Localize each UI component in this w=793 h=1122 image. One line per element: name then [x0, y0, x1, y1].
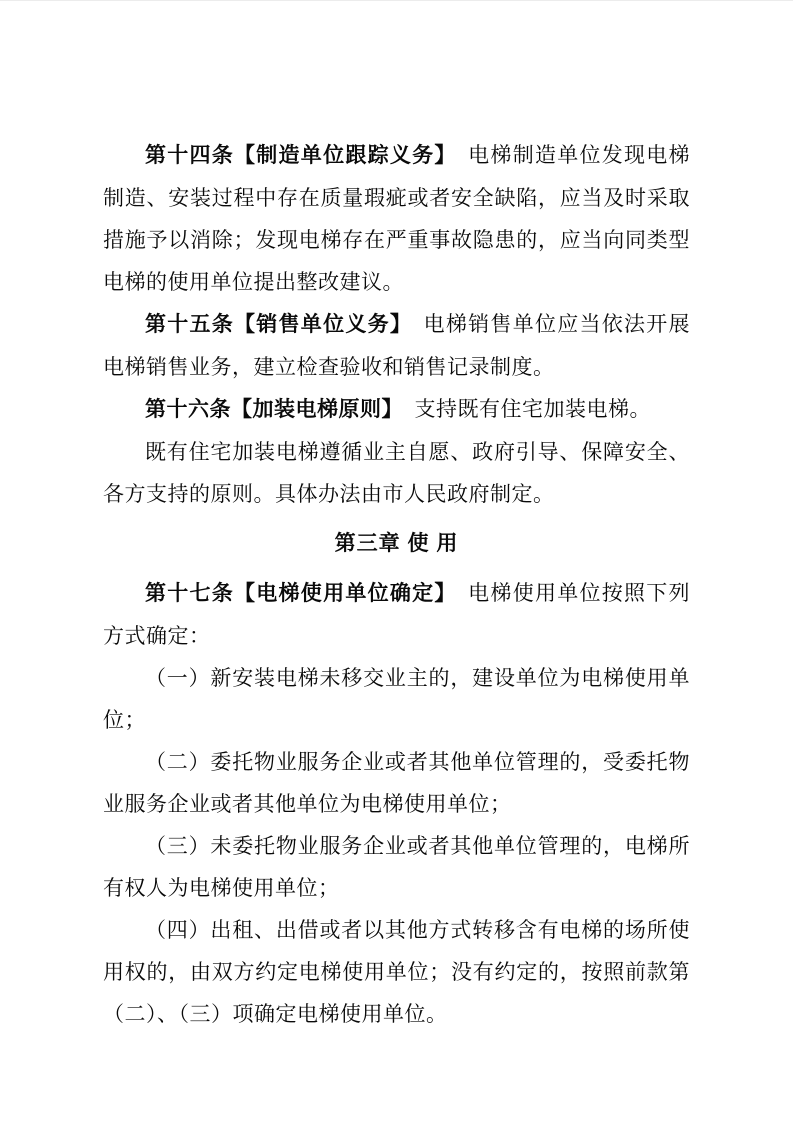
list-item-2: （二）委托物业服务企业或者其他单位管理的，受委托物业服务企业或者其他单位为电梯使… [103, 741, 690, 825]
article-14-title: 第十四条【制造单位跟踪义务】 [145, 144, 457, 167]
list-item-4: （四）出租、出借或者以其他方式转移含有电梯的场所使用权的，由双方约定电梯使用单位… [103, 909, 690, 1035]
chapter-heading: 第三章 使 用 [103, 523, 690, 565]
article-16-body: 支持既有住宅加装电梯。 [415, 397, 652, 421]
article-16-title: 第十六条【加装电梯原则】 [145, 398, 403, 421]
document-page: 第十四条【制造单位跟踪义务】电梯制造单位发现电梯制造、安装过程中存在质量瑕疵或者… [0, 0, 793, 1122]
article-paragraph-15: 第十五条【销售单位义务】电梯销售单位应当依法开展电梯销售业务，建立检查验收和销售… [103, 303, 690, 388]
list-item-1: （一）新安装电梯未移交业主的，建设单位为电梯使用单位； [103, 657, 690, 741]
body-paragraph-retrofit-principle: 既有住宅加装电梯遵循业主自愿、政府引导、保障安全、各方支持的原则。具体办法由市人… [103, 431, 690, 515]
list-item-3: （三）未委托物业服务企业或者其他单位管理的，电梯所有权人为电梯使用单位； [103, 825, 690, 909]
article-17-title: 第十七条【电梯使用单位确定】 [145, 582, 457, 605]
article-paragraph-17: 第十七条【电梯使用单位确定】电梯使用单位按照下列方式确定： [103, 572, 690, 657]
article-paragraph-16: 第十六条【加装电梯原则】支持既有住宅加装电梯。 [103, 388, 690, 431]
article-paragraph-14: 第十四条【制造单位跟踪义务】电梯制造单位发现电梯制造、安装过程中存在质量瑕疵或者… [103, 134, 690, 303]
article-15-title: 第十五条【销售单位义务】 [145, 313, 412, 336]
